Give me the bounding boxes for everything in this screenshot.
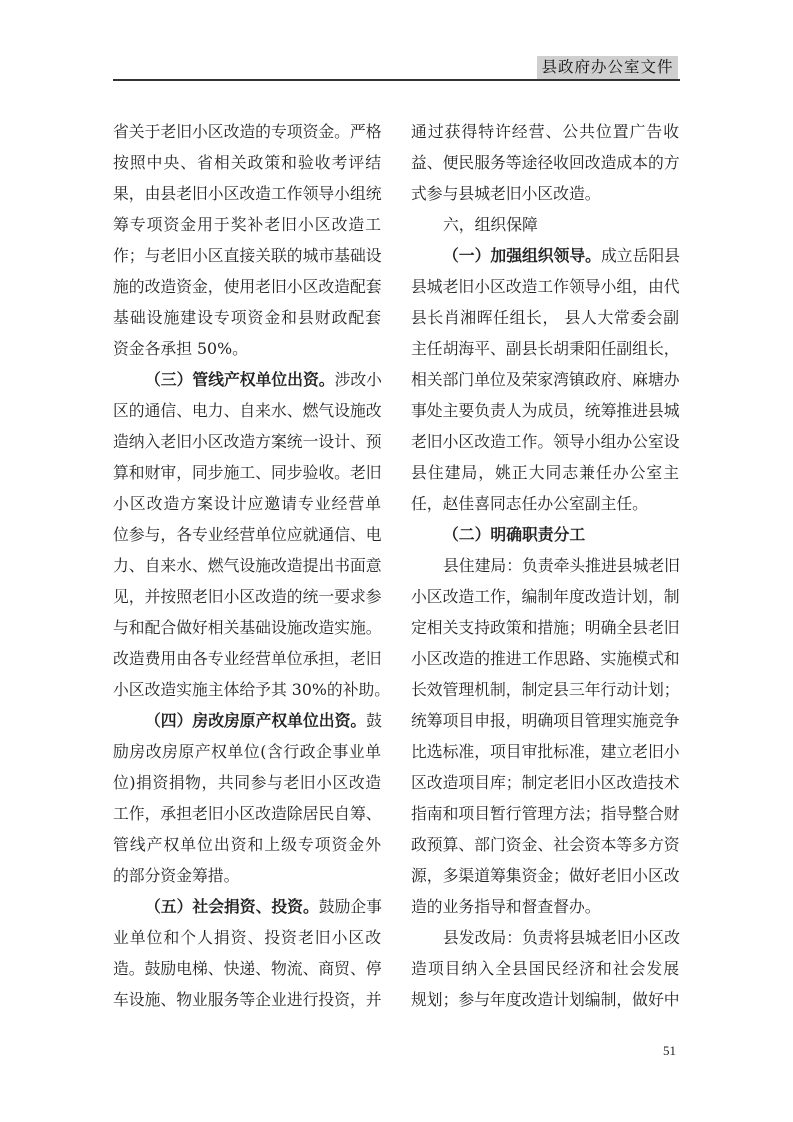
text-line: 作；与老旧小区直接关联的城市基础设 [113,240,381,271]
text-line: 区的通信、电力、自来水、燃气设施改 [113,395,381,426]
text-line: 定相关支持政策和措施；明确全县老旧 [411,612,679,643]
text-line: 车设施、物业服务等企业进行投资，并 [113,984,381,1015]
line-text: 鼓 [366,711,382,730]
line-text: 励房改房原产权单位(含行政企事业单 [113,742,381,761]
text-line: （二）明确职责分工 [411,519,679,550]
line-text: 主任胡海平、副县长胡秉阳任副组长， [411,339,680,358]
text-line: 政预算、部门资金、社会资本等多方资 [411,829,679,860]
text-line: 老旧小区改造工作。领导小组办公室设 [411,426,679,457]
text-line: 筹专项资金用于奖补老旧小区改造工 [113,209,381,240]
line-text: 政预算、部门资金、社会资本等多方资 [411,835,680,854]
text-line: 改造费用由各专业经营单位承担，老旧 [113,643,381,674]
line-text: 鼓励企事 [319,897,382,916]
line-text: 基础设施建设专项资金和县财政配套 [113,308,381,327]
text-line: 算和财审，同步施工、同步验收。老旧 [113,457,381,488]
text-line: 小区改造实施主体给予其 30%的补助。 [113,674,381,705]
line-text: 式参与县城老旧小区改造。 [411,184,601,203]
text-line: 力、自来水、燃气设施改造提出书面意 [113,550,381,581]
text-line: 励房改房原产权单位(含行政企事业单 [113,736,381,767]
left-column: 省关于老旧小区改造的专项资金。严格按照中央、省相关政策和验收考评结果，由县老旧小… [113,116,381,1015]
text-line: 小区改造的推进工作思路、实施模式和 [411,643,679,674]
text-line: 县住建局，姚正大同志兼任办公室主 [411,457,679,488]
text-line: 益、便民服务等途径收回改造成本的方 [411,147,679,178]
bold-subheading: （二）明确职责分工 [443,525,585,544]
text-line: 式参与县城老旧小区改造。 [411,178,679,209]
text-line: 业单位和个人捐资、投资老旧小区改 [113,922,381,953]
text-line: 规划；参与年度改造计划编制，做好中 [411,984,679,1015]
line-text: 力、自来水、燃气设施改造提出书面意 [113,556,382,575]
line-text: 统筹项目申报，明确项目管理实施竞争 [411,711,680,730]
text-line: 事处主要负责人为成员，统筹推进县城 [411,395,679,426]
text-line: 县发改局：负责将县城老旧小区改 [411,922,679,953]
line-text: 县长肖湘晖任组长， 县人大常委会副 [411,308,679,327]
line-text: 改造费用由各专业经营单位承担，老旧 [113,649,382,668]
text-line: 相关部门单位及荣家湾镇政府、麻塘办 [411,364,679,395]
text-line: 资金各承担 50%。 [113,333,381,364]
text-line: 的部分资金筹措。 [113,860,381,891]
line-text: 任，赵佳喜同志任办公室副主任。 [411,494,648,513]
text-line: 果，由县老旧小区改造工作领导小组统 [113,178,381,209]
line-text: 造纳入老旧小区改造方案统一设计、预 [113,432,382,451]
text-line: 管线产权单位出资和上级专项资金外 [113,829,381,860]
text-line: 工作，承担老旧小区改造除居民自筹、 [113,798,381,829]
bold-subheading: （四）房改房原产权单位出资。 [145,711,366,730]
text-line: 位)捐资捐物，共同参与老旧小区改造 [113,767,381,798]
text-line: 通过获得特许经营、公共位置广告收 [411,116,679,147]
text-line: 任，赵佳喜同志任办公室副主任。 [411,488,679,519]
line-text: 县住建局：负责牵头推进县城老旧 [443,556,680,575]
line-text: 与和配合做好相关基础设施改造实施。 [113,618,382,637]
right-column: 通过获得特许经营、公共位置广告收益、便民服务等途径收回改造成本的方式参与县城老旧… [411,116,679,1015]
line-text: 比选标准，项目审批标准，建立老旧小 [411,742,680,761]
line-text: 相关部门单位及荣家湾镇政府、麻塘办 [411,370,680,389]
text-line: 主任胡海平、副县长胡秉阳任副组长， [411,333,679,364]
line-text: 事处主要负责人为成员，统筹推进县城 [411,401,680,420]
text-line: 源，多渠道筹集资金；做好老旧小区改 [411,860,679,891]
line-text: 通过获得特许经营、公共位置广告收 [411,122,679,141]
line-text: 老旧小区改造工作。领导小组办公室设 [411,432,680,451]
line-text: 长效管理机制，制定县三年行动计划； [411,680,680,699]
text-line: 按照中央、省相关政策和验收考评结 [113,147,381,178]
line-text: 六，组织保障 [443,215,538,234]
line-text: 益、便民服务等途径收回改造成本的方 [411,153,680,172]
text-line: 造纳入老旧小区改造方案统一设计、预 [113,426,381,457]
text-line: 比选标准，项目审批标准，建立老旧小 [411,736,679,767]
line-text: 区的通信、电力、自来水、燃气设施改 [113,401,382,420]
text-line: 区改造项目库；制定老旧小区改造技术 [411,767,679,798]
bold-subheading: （三）管线产权单位出资。 [145,370,335,389]
line-text: 见，并按照老旧小区改造的统一要求参 [113,587,382,606]
text-line: 与和配合做好相关基础设施改造实施。 [113,612,381,643]
section-heading: 六，组织保障 [411,209,679,240]
line-text: 位参与，各专业经营单位应就通信、电 [113,525,382,544]
text-line: 小区改造工作，编制年度改造计划，制 [411,581,679,612]
line-text: 工作，承担老旧小区改造除居民自筹、 [113,804,382,823]
line-text: 造项目纳入全县国民经济和社会发展 [411,959,679,978]
line-text: 小区改造实施主体给予其 30%的补助。 [113,680,390,699]
line-text: 涉改小 [335,370,382,389]
line-text: 管线产权单位出资和上级专项资金外 [113,835,381,854]
line-text: 车设施、物业服务等企业进行投资，并 [113,990,382,1009]
text-line: 基础设施建设专项资金和县财政配套 [113,302,381,333]
text-line: 统筹项目申报，明确项目管理实施竞争 [411,705,679,736]
line-text: 小区改造工作，编制年度改造计划，制 [411,587,680,606]
line-text: 小区改造方案设计应邀请专业经营单 [113,494,381,513]
line-text: 指南和项目暂行管理方法；指导整合财 [411,804,680,823]
bold-subheading: （一）加强组织领导。 [443,246,601,265]
line-text: 资金各承担 50%。 [113,339,248,358]
line-text: 县发改局：负责将县城老旧小区改 [443,928,680,947]
line-text: 业单位和个人捐资、投资老旧小区改 [113,928,381,947]
text-line: 造项目纳入全县国民经济和社会发展 [411,953,679,984]
header-rule [113,79,680,81]
line-text: 造。鼓励电梯、快递、物流、商贸、停 [113,959,382,978]
line-text: 小区改造的推进工作思路、实施模式和 [411,649,680,668]
text-line: （四）房改房原产权单位出资。鼓 [113,705,381,736]
line-text: 县住建局，姚正大同志兼任办公室主 [411,463,679,482]
page-number: 51 [663,1043,676,1059]
line-text: 位)捐资捐物，共同参与老旧小区改造 [113,773,381,792]
text-line: （三）管线产权单位出资。涉改小 [113,364,381,395]
line-text: 筹专项资金用于奖补老旧小区改造工 [113,215,381,234]
header-title: 县政府办公室文件 [537,56,678,79]
text-line: 长效管理机制，制定县三年行动计划； [411,674,679,705]
line-text: 区改造项目库；制定老旧小区改造技术 [411,773,680,792]
line-text: 县城老旧小区改造工作领导小组，由代 [411,277,680,296]
line-text: 施的改造资金，使用老旧小区改造配套 [113,277,382,296]
line-text: 定相关支持政策和措施；明确全县老旧 [411,618,680,637]
line-text: 的部分资金筹措。 [113,866,239,885]
line-text: 省关于老旧小区改造的专项资金。严格 [113,122,382,141]
line-text: 源，多渠道筹集资金；做好老旧小区改 [411,866,680,885]
line-text: 果，由县老旧小区改造工作领导小组统 [113,184,382,203]
text-line: 县住建局：负责牵头推进县城老旧 [411,550,679,581]
line-text: 规划；参与年度改造计划编制，做好中 [411,990,680,1009]
bold-subheading: （五）社会捐资、投资。 [145,897,319,916]
line-text: 算和财审，同步施工、同步验收。老旧 [113,463,382,482]
text-line: 施的改造资金，使用老旧小区改造配套 [113,271,381,302]
text-line: 位参与，各专业经营单位应就通信、电 [113,519,381,550]
line-text: 作；与老旧小区直接关联的城市基础设 [113,246,382,265]
text-line: 造。鼓励电梯、快递、物流、商贸、停 [113,953,381,984]
text-line: （五）社会捐资、投资。鼓励企事 [113,891,381,922]
text-line: （一）加强组织领导。成立岳阳县 [411,240,679,271]
text-line: 造的业务指导和督查督办。 [411,891,679,922]
text-line: 县城老旧小区改造工作领导小组，由代 [411,271,679,302]
line-text: 成立岳阳县 [601,246,680,265]
line-text: 按照中央、省相关政策和验收考评结 [113,153,381,172]
text-line: 省关于老旧小区改造的专项资金。严格 [113,116,381,147]
text-line: 见，并按照老旧小区改造的统一要求参 [113,581,381,612]
text-line: 小区改造方案设计应邀请专业经营单 [113,488,381,519]
text-line: 县长肖湘晖任组长， 县人大常委会副 [411,302,679,333]
line-text: 造的业务指导和督查督办。 [411,897,601,916]
text-line: 指南和项目暂行管理方法；指导整合财 [411,798,679,829]
